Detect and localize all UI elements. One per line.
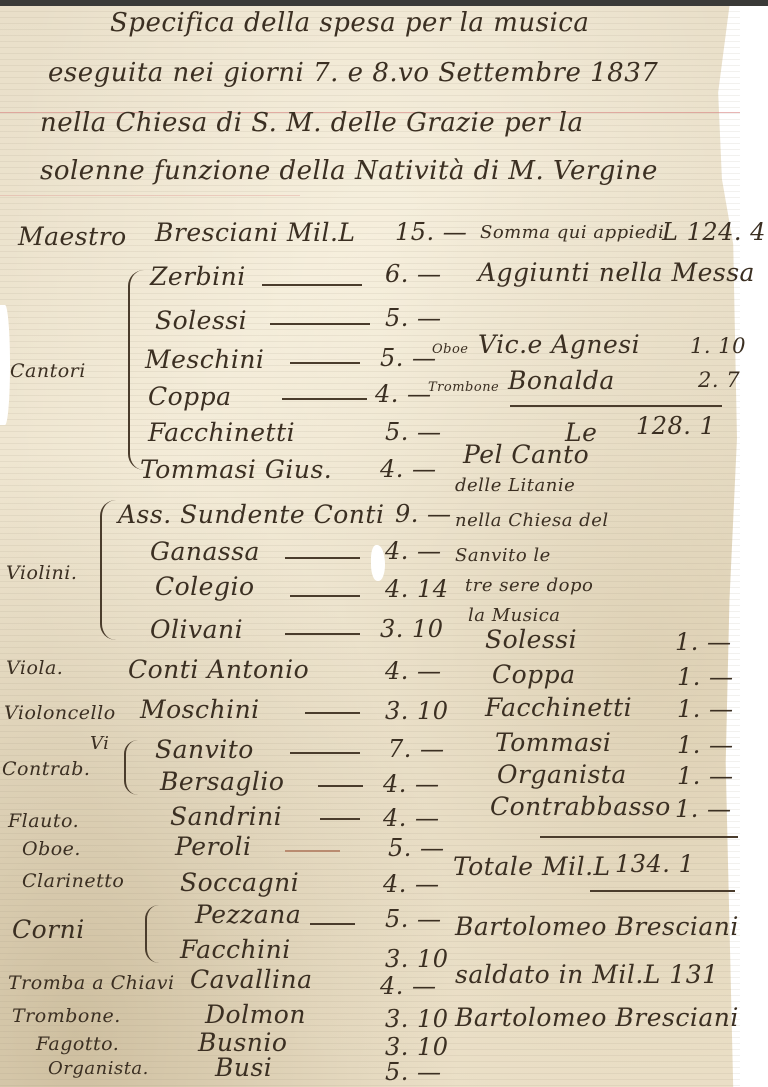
violini-amount: 3. 10: [380, 615, 444, 643]
paper-hole: [371, 545, 385, 581]
instrument-amount: 4. —: [383, 870, 440, 898]
instrument-label: Viola.: [6, 657, 63, 679]
instrument-amount: 5. —: [385, 1058, 442, 1086]
instrument-amount: 3. 10: [385, 1033, 449, 1061]
cantori-name: Zerbini: [150, 262, 246, 291]
maestro-amount: 15. —: [395, 218, 467, 246]
violini-brace: [100, 500, 116, 640]
instrument-label: Violoncello: [4, 702, 116, 724]
violini-amount: 9. —: [395, 500, 452, 528]
instrument-player: Moschini: [140, 695, 260, 724]
instrument-label: Trombone.: [12, 1005, 121, 1027]
instrument-label: Clarinetto: [22, 870, 124, 892]
instrument-label: Fagotto.: [36, 1033, 119, 1055]
canto-name: Solessi: [485, 625, 577, 654]
instrument-player: Conti Antonio: [128, 655, 309, 684]
instrument-amount: 3. 10: [385, 1005, 449, 1033]
instrument-player: Sandrini: [170, 802, 282, 831]
canto-name: Tommasi: [495, 728, 611, 757]
violini-amount: 4. —: [385, 537, 442, 565]
instrument-amount: 5. —: [385, 905, 442, 933]
instrument-amount: 7. —: [388, 735, 445, 763]
canto-note-line: delle Litanie: [455, 475, 575, 496]
instrument-label: Flauto.: [8, 810, 79, 832]
addition-label: Trombone: [428, 380, 499, 395]
violini-name: Olivani: [150, 615, 243, 644]
canto-note-line: la Musica: [468, 605, 561, 626]
violini-amount: 4. 14: [385, 575, 449, 603]
instrument-player: Facchini: [180, 935, 291, 964]
instrument-player: Pezzana: [195, 900, 301, 929]
instrument-player: Bersaglio: [160, 767, 284, 796]
canto-name: Contrabbasso: [490, 792, 671, 821]
cantori-amount: 5. —: [380, 344, 437, 372]
canto-amount: 1. —: [677, 695, 734, 723]
total-label: Totale Mil.L: [453, 852, 611, 881]
instrument-player: Peroli: [175, 832, 252, 861]
total-rule-top: [540, 836, 738, 838]
instrument-amount: 5. —: [388, 834, 445, 862]
leader-line: [285, 633, 360, 635]
canto-amount: 1. —: [677, 663, 734, 691]
leader-line: [285, 557, 360, 559]
sum-carried-amount: L 124. 4: [662, 218, 766, 246]
instrument-note: Vi: [90, 733, 109, 754]
leader-line: [310, 923, 355, 925]
instrument-player: Soccagni: [180, 868, 299, 897]
canto-name: Organista: [497, 760, 627, 789]
canto-name: Coppa: [492, 660, 576, 689]
additions-header: Aggiunti nella Messa: [478, 258, 755, 287]
instrument-player: Dolmon: [205, 1000, 306, 1029]
cantori-amount: 4. —: [375, 380, 432, 408]
violini-name: Colegio: [155, 572, 255, 601]
leader-line: [305, 712, 360, 714]
title-line-3: nella Chiesa di S. M. delle Grazie per l…: [40, 108, 583, 138]
addition-label: Oboe: [432, 342, 469, 357]
instrument-label: Corni: [12, 915, 85, 944]
violini-name: Ganassa: [150, 537, 260, 566]
instrument-player: Busi: [215, 1053, 272, 1082]
addition-name: Bonalda: [508, 366, 615, 395]
subtotal-amount: 128. 1: [636, 412, 715, 440]
signature-line: Bartolomeo Bresciani: [455, 912, 739, 941]
instrument-label: Tromba a Chiavi: [8, 972, 175, 994]
instrument-player: Cavallina: [190, 965, 313, 994]
leader-line: [262, 284, 362, 286]
title-line-1: Specifica della spesa per la musica: [110, 8, 589, 38]
instrument-label: Contrab.: [2, 758, 90, 780]
canto-note-line: Pel Canto: [463, 440, 589, 469]
canto-amount: 1. —: [677, 762, 734, 790]
canto-amount: 1. —: [675, 628, 732, 656]
leader-line: [290, 752, 360, 754]
cantori-amount: 5. —: [385, 304, 442, 332]
sum-carried-label: Somma qui appiedi: [480, 222, 664, 243]
scanned-document: Specifica della spesa per la musica eseg…: [0, 0, 768, 1087]
leader-line: [290, 595, 360, 597]
signature-line: Bartolomeo Bresciani: [455, 1003, 739, 1032]
instrument-amount: 3. 10: [385, 945, 449, 973]
total-rule-bottom: [590, 890, 735, 892]
leader-line: [290, 362, 360, 364]
instrument-label: Oboe.: [22, 838, 81, 860]
instrument-amount: 4. —: [383, 770, 440, 798]
instrument-amount: 4. —: [383, 804, 440, 832]
cantori-name: Solessi: [155, 306, 247, 335]
leader-line: [318, 785, 363, 787]
scan-border: [0, 0, 768, 6]
canto-note-line: Sanvito le: [455, 545, 551, 566]
cantori-amount: 6. —: [385, 260, 442, 288]
addition-amount: 2. 7: [698, 368, 740, 392]
canto-note-line: tre sere dopo: [465, 575, 593, 596]
margin-rule-red: [0, 195, 300, 196]
maestro-name: Bresciani Mil.L: [155, 218, 356, 247]
cantori-name: Facchinetti: [148, 418, 295, 447]
paper-tear: [0, 305, 10, 425]
title-line-4: solenne funzione della Natività di M. Ve…: [40, 156, 658, 186]
leader-line: [282, 398, 367, 400]
cantori-amount: 4. —: [380, 455, 437, 483]
canto-amount: 1. —: [675, 795, 732, 823]
subtotal-rule: [510, 405, 722, 407]
leader-line: [285, 850, 340, 852]
receipt-line: saldato in Mil.L 131: [455, 960, 719, 989]
cantori-amount: 5. —: [385, 418, 442, 446]
cantori-name: Coppa: [148, 382, 232, 411]
instrument-label: Organista.: [48, 1058, 149, 1079]
total-amount: 134. 1: [615, 850, 694, 878]
canto-note-line: nella Chiesa del: [455, 510, 609, 531]
violini-label: Violini.: [6, 562, 77, 584]
instrument-amount: 4. —: [380, 972, 437, 1000]
cantori-name: Tommasi Gius.: [140, 455, 332, 484]
cantori-name: Meschini: [145, 345, 264, 374]
addition-name: Vic.e Agnesi: [478, 330, 640, 359]
instrument-player: Sanvito: [155, 735, 254, 764]
canto-name: Facchinetti: [485, 693, 632, 722]
cantori-brace: [128, 270, 144, 470]
instrument-amount: 3. 10: [385, 697, 449, 725]
instrument-amount: 4. —: [385, 657, 442, 685]
addition-amount: 1. 10: [690, 334, 746, 358]
violini-name: Ass. Sundente Conti: [118, 500, 384, 529]
leader-line: [320, 818, 360, 820]
corni-brace: [145, 905, 159, 963]
maestro-role: Maestro: [18, 222, 127, 251]
canto-amount: 1. —: [677, 731, 734, 759]
leader-line: [270, 323, 370, 325]
cantori-label: Cantori: [10, 360, 86, 382]
contrabassi-brace: [124, 740, 138, 795]
title-line-2: eseguita nei giorni 7. e 8.vo Settembre …: [48, 58, 658, 88]
